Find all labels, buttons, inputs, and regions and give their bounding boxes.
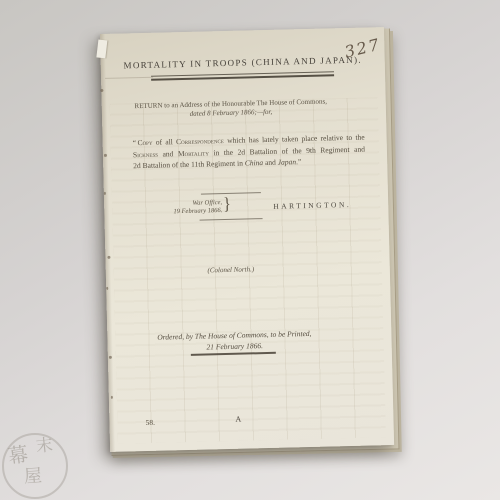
copy-text-segment: Mortality: [178, 148, 209, 158]
paper-edge-chip: [96, 40, 107, 59]
copy-text-segment: Japan: [278, 157, 297, 166]
copy-text-segment: Copy: [137, 138, 152, 147]
copy-text-segment: Correspondence: [176, 136, 224, 146]
mover-name: (Colonel North.): [106, 263, 356, 277]
document-title: MORTALITY IN TROOPS (CHINA AND JAPAN).: [101, 54, 385, 71]
copy-text-segment: China: [245, 158, 264, 167]
copy-text-segment: and: [158, 149, 178, 158]
pamphlet-title-page: MORTALITY IN TROOPS (CHINA AND JAPAN). 3…: [100, 27, 394, 452]
paper-edge-speck: [104, 154, 107, 157]
signature-name: HARTINGTON.: [273, 200, 351, 211]
copy-text-segment: of all: [152, 137, 176, 147]
paper-crease: [105, 77, 153, 79]
separator-rule: [201, 192, 261, 194]
seal-kanji: 幕: [7, 444, 30, 467]
press-signature-mark: A: [235, 415, 241, 424]
paper-edge-speck: [104, 192, 106, 195]
copy-text-segment: .”: [296, 157, 301, 166]
seller-seal-watermark: 幕 末 屋: [2, 433, 68, 499]
return-heading: RETURN to an Address of the Honourable T…: [102, 97, 360, 121]
paper-edge-speck: [100, 89, 103, 92]
ordered-imprint: Ordered, by The House of Commons, to be …: [107, 327, 361, 355]
seal-kanji: 末: [35, 437, 54, 456]
paper-edge-speck: [109, 356, 112, 359]
copy-text-segment: 2d Battalion of the 11th Regiment in: [133, 159, 245, 171]
paper-edge-speck: [107, 256, 110, 259]
paper-edge-speck: [106, 287, 108, 290]
dateline-brace: }: [223, 195, 231, 215]
paper-edge-speck: [111, 396, 113, 399]
war-office-dateline: War Office, 19 February 1866.: [146, 199, 222, 217]
war-office-line: 19 February 1866.: [146, 207, 222, 217]
copy-text-segment: in the 2d Battalion of the 9th Regiment …: [209, 144, 365, 157]
seal-kanji: 屋: [23, 467, 42, 486]
copy-text-segment: and: [263, 158, 278, 167]
separator-rule: [200, 218, 263, 221]
title-double-rule: [151, 71, 334, 80]
paper-number: 58.: [145, 418, 155, 427]
copy-text-segment: Sickness: [133, 149, 158, 159]
copy-paragraph: “ Copy of all Correspondence which has l…: [133, 132, 366, 172]
photograph-of-pamphlet: 幕 末 屋 MORTALITY IN TROOPS (CHINA AND JAP…: [0, 0, 500, 500]
